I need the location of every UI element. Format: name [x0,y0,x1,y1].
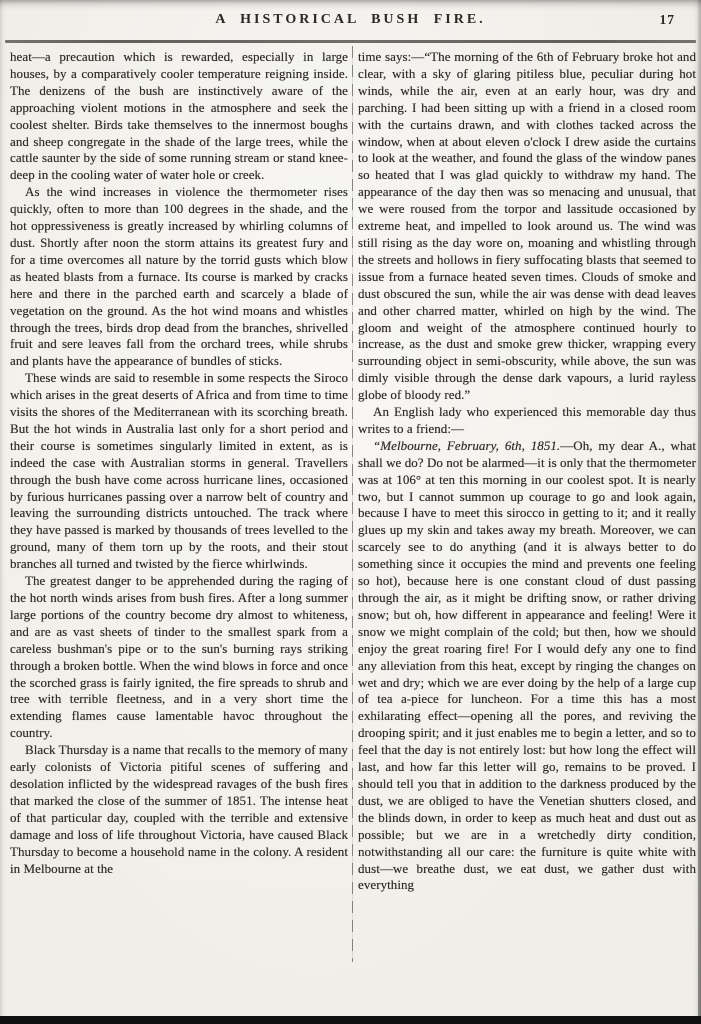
paragraph: heat—a precaution which is rewarded, esp… [10,49,348,184]
paragraph: As the wind increases in violence the th… [10,184,348,370]
header-rule [5,40,696,43]
right-column: time says:—“The morning of the 6th of Fe… [358,49,696,963]
column-divider-rule [352,46,353,962]
left-column: heat—a precaution which is rewarded, esp… [10,49,348,963]
scanned-book-page: A HISTORICAL BUSH FIRE. 17 heat—a precau… [0,0,701,1024]
page-number: 17 [660,12,676,28]
paragraph: These winds are said to resemble in some… [10,370,348,573]
paragraph: An English lady who experienced this mem… [358,404,696,438]
text-columns: heat—a precaution which is rewarded, esp… [10,49,696,963]
letter-paragraph: “Melbourne, February, 6th, 1851.—Oh, my … [358,438,696,894]
paragraph: time says:—“The morning of the 6th of Fe… [358,49,696,404]
paragraph: The greatest danger to be apprehended du… [10,573,348,742]
paragraph: Black Thursday is a name that recalls to… [10,742,348,877]
letter-body: —Oh, my dear A., what shall we do? Do no… [358,438,696,893]
scan-bottom-edge [0,1016,701,1024]
running-head-title: A HISTORICAL BUSH FIRE. [0,12,701,28]
letter-dateline: “Melbourne, February, 6th, 1851. [373,438,560,453]
